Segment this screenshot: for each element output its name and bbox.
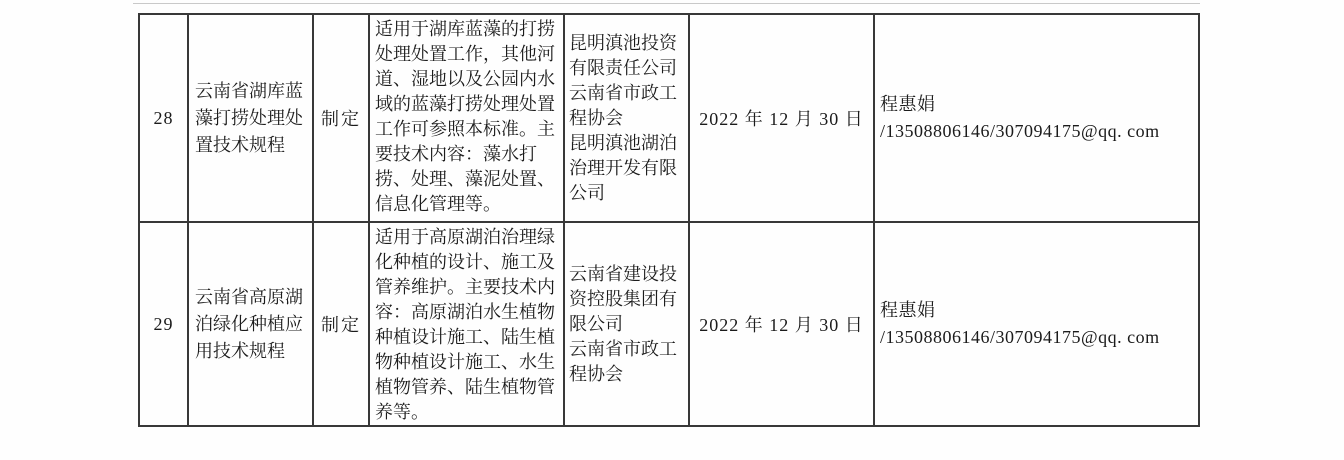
contact-phone-email: /13508806146/307094175@qq. com — [880, 324, 1196, 351]
contact-phone-email: /13508806146/307094175@qq. com — [880, 118, 1196, 145]
table-row: 29 云南省高原湖泊绿化种植应用技术规程 制定 适用于高原湖泊治理绿化种植的设计… — [139, 222, 1199, 426]
completion-date: 2022 年 12 月 30 日 — [689, 222, 874, 426]
drafting-units: 云南省建设投资控股集团有限公司云南省市政工程协会 — [564, 222, 689, 426]
contact-cell: 程惠娟 /13508806146/307094175@qq. com — [874, 222, 1199, 426]
contact-cell: 程惠娟 /13508806146/307094175@qq. com — [874, 14, 1199, 222]
contact-name: 程惠娟 — [880, 91, 1196, 118]
revision-type: 制定 — [313, 14, 369, 222]
standards-table: 28 云南省湖库蓝藻打捞处理处置技术规程 制定 适用于湖库蓝藻的打捞处理处置工作… — [138, 13, 1200, 427]
sequence-number: 28 — [139, 14, 188, 222]
drafting-unit-item: 云南省市政工程协会 — [569, 337, 686, 387]
scope-and-content: 适用于高原湖泊治理绿化种植的设计、施工及管养维护。主要技术内容：高原湖泊水生植物… — [369, 222, 564, 426]
table-row: 28 云南省湖库蓝藻打捞处理处置技术规程 制定 适用于湖库蓝藻的打捞处理处置工作… — [139, 14, 1199, 222]
contact-name: 程惠娟 — [880, 297, 1196, 324]
standard-name: 云南省湖库蓝藻打捞处理处置技术规程 — [188, 14, 313, 222]
document-page: 28 云南省湖库蓝藻打捞处理处置技术规程 制定 适用于湖库蓝藻的打捞处理处置工作… — [0, 0, 1344, 460]
drafting-units: 昆明滇池投资有限责任公司云南省市政工程协会昆明滇池湖泊治理开发有限公司 — [564, 14, 689, 222]
completion-date: 2022 年 12 月 30 日 — [689, 14, 874, 222]
sequence-number: 29 — [139, 222, 188, 426]
drafting-unit-item: 云南省建设投资控股集团有限公司 — [569, 262, 686, 337]
standard-name: 云南省高原湖泊绿化种植应用技术规程 — [188, 222, 313, 426]
drafting-unit-item: 昆明滇池湖泊治理开发有限公司 — [569, 131, 686, 206]
previous-row-border-line — [133, 3, 1200, 4]
revision-type: 制定 — [313, 222, 369, 426]
drafting-unit-item: 昆明滇池投资有限责任公司 — [569, 31, 686, 81]
drafting-unit-item: 云南省市政工程协会 — [569, 81, 686, 131]
scope-and-content: 适用于湖库蓝藻的打捞处理处置工作，其他河道、湿地以及公园内水域的蓝藻打捞处理处置… — [369, 14, 564, 222]
